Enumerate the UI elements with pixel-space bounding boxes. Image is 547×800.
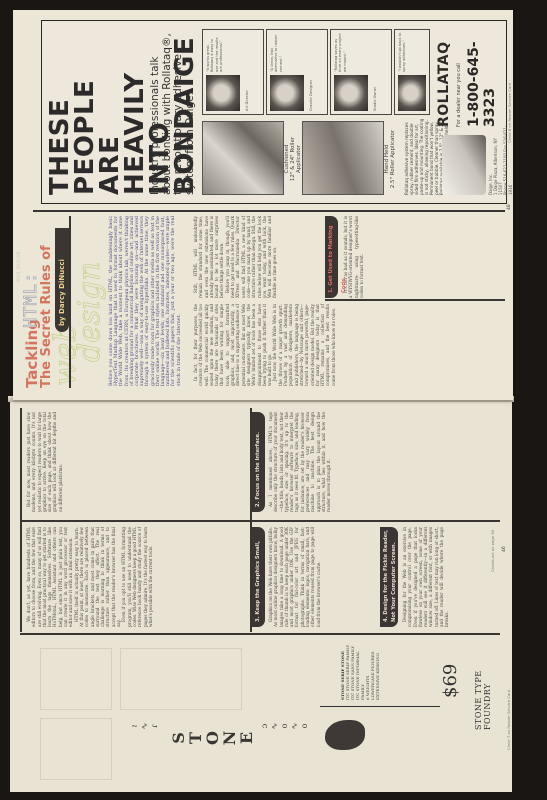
dealer-tagline: For a dealer near you call — [456, 63, 462, 127]
testimonial-card: "A clean, fast alternative to rubber cem… — [266, 29, 328, 115]
roller-applicator-photo — [202, 121, 284, 195]
reader-service-note: Circle 8 on Reader Service Card — [507, 22, 512, 204]
photo-caption: Cushioned 12" & 24" Roller Applicator — [284, 123, 302, 195]
stone-ad-copy: STONE SERIF STONE ITC STONE SERIF FAMILY… — [340, 642, 380, 700]
title-design: design — [75, 262, 105, 362]
phone-number: 1-800-645-3323 — [466, 21, 498, 127]
article-column: It's not as bad as it sounds, but it is … — [343, 216, 364, 298]
portrait-photo — [270, 75, 304, 111]
testimonial-card: "I wouldn't go back to spray adhesives." — [394, 29, 430, 115]
section-heading-3: 3. Keep the Graphics Small, Okay, Tiny. — [252, 527, 265, 627]
rollataq-product-photo — [442, 135, 486, 195]
right-page: WEB DESIGN Tackling HTML: The Secret Rul… — [13, 10, 513, 400]
rollataq-logo: ROLLATAQ — [436, 42, 452, 127]
hand-held-applicator-photo — [302, 121, 384, 195]
stone-type-foundry-ad: ≀∿ɾ S T O N E ɔ∿o∿o STONE SERIF STONE IT… — [20, 640, 500, 790]
testimonial-card: "It works great. Rollataq is easy to use… — [202, 29, 264, 115]
section-heading-2: 2. Focus on the Interface. — [252, 412, 265, 512]
ghost-show-through — [120, 648, 242, 710]
page-number-right: 48 — [507, 204, 512, 210]
sidebar-rule — [325, 299, 505, 301]
article-column: In fact, for their purposes, the creator… — [193, 304, 336, 386]
ghost-show-through — [40, 648, 112, 710]
stone-trailing-glyphs: ɔ∿o∿o — [260, 718, 310, 734]
column-rule — [20, 520, 500, 522]
portrait-photo — [206, 75, 240, 111]
column-rule — [20, 633, 500, 635]
left-page: ≀∿ɾ S T O N E ɔ∿o∿o STONE SERIF STONE IT… — [10, 400, 512, 792]
article-intro: Before you come down too hard on HTML, t… — [109, 216, 182, 386]
stone-price: $69 — [440, 664, 461, 698]
article-column: Still, HTML will undoubtedly remain the … — [193, 216, 278, 298]
rollataq-ad: THESE PEOPLE ARE HEAVILY INTO BONDAIGE I… — [41, 20, 507, 204]
article-column: Designing for the Web is an exercise in … — [402, 527, 450, 627]
article-column: Graphics on the Web have their own pitfa… — [268, 527, 321, 627]
section-heading-4: 4. Design for the Fickle Reader, Not You… — [380, 527, 398, 627]
title-html: HTML: — [21, 272, 41, 328]
testimonial-card: "Rollataq saves us time on every project… — [330, 29, 392, 115]
magazine-spread: ≀∿ɾ S T O N E ɔ∿o∿o STONE SERIF STONE IT… — [0, 0, 547, 800]
dancing-figure-illustration — [325, 720, 365, 750]
page-number-left: 46 — [502, 546, 507, 552]
ad-subhead: Industry professionals talk about bondin… — [150, 27, 196, 195]
column-rule — [33, 210, 505, 212]
section-heading-1: 1. Get Used to Marking Code. — [325, 216, 338, 298]
article-column: We don't, as yet, have hundreds of HTML … — [26, 527, 153, 627]
portrait-photo — [398, 75, 426, 111]
stone-foundry-name: STONE TYPE FOUNDRY — [474, 640, 492, 730]
article-column: As I mentioned above, HTML's tags descri… — [268, 412, 332, 512]
header-rule — [69, 216, 71, 388]
stone-ad-rule — [320, 706, 440, 707]
stone-small-letters: ≀∿ɾ — [130, 718, 160, 734]
photo-caption: Hand Held 2.5" Roller Applicator — [384, 123, 396, 195]
article-column: But for now, most readers just have slow… — [26, 412, 63, 512]
reader-service-note: Circle 7 on Reader Service Card — [506, 690, 511, 750]
portrait-photo — [334, 75, 368, 111]
ghost-show-through — [40, 718, 112, 780]
stone-display-letters: S T O N E — [170, 726, 255, 750]
continued-note: Continued on page 50 — [490, 530, 495, 572]
byline: by Darcy DiNucci — [55, 228, 69, 332]
